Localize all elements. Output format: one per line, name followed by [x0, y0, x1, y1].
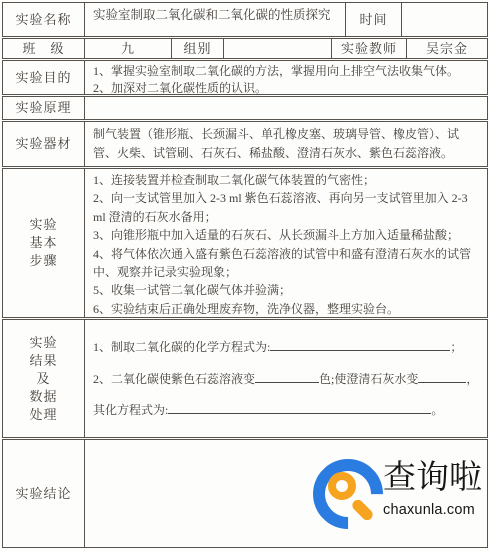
blank-equation-1: [270, 339, 450, 351]
results-label-line-5: 处理: [29, 406, 57, 424]
purpose-line-2: 2、加深对二氧化碳性质的认识。: [93, 80, 481, 95]
blank-color: [255, 371, 319, 383]
time-value-cell: [401, 2, 488, 37]
step-line-4: 4、将气体依次通入盛有紫色石蕊溶液的试管中和盛有澄清石灰水的试管中、观察并记录实…: [93, 245, 481, 282]
brand-text-block: 查询啦 chaxunla.com: [383, 457, 481, 518]
results-label-line-2: 结果: [29, 352, 57, 370]
result-line-3: 其化方程式为:。: [93, 402, 483, 418]
step-line-1: 1、连接装置并检查制取二氧化碳气体装置的气密性；: [93, 171, 481, 189]
purpose-line-1: 1、掌握实验室制取二氧化碳的方法，掌握用向上排空气法收集气体。: [93, 63, 481, 80]
results-label-line-4: 数据: [29, 388, 57, 406]
row-conclusion: 实验结论 查询啦 chaxunla.com: [2, 439, 488, 548]
experiment-report-sheet: 实验名称 实验室制取二氧化碳和二氧化碳的性质探究 时间 班 级 九 组别 实验教…: [0, 0, 490, 551]
brand-domain: chaxunla.com: [383, 502, 481, 518]
time-label: 时间: [345, 2, 402, 37]
row-equipment: 实验器材 制气装置（锥形瓶、长颈漏斗、单孔橡皮塞、玻璃导管、橡皮管）、试管、火柴…: [2, 121, 488, 167]
row-purpose: 实验目的 1、掌握实验室制取二氧化碳的方法，掌握用向上排空气法收集气体。 2、加…: [2, 60, 488, 95]
steps-label-line-3: 步骤: [29, 252, 57, 270]
equipment-label: 实验器材: [2, 121, 85, 167]
step-line-5: 5、收集一试管二氧化碳气体并验满；: [93, 281, 481, 299]
result-line-2-text-a: 2、二氧化碳使紫色石蕊溶液变: [93, 372, 255, 386]
results-label-line-3: 及: [29, 370, 57, 388]
purpose-text: 1、掌握实验室制取二氧化碳的方法，掌握用向上排空气法收集气体。 2、加深对二氧化…: [84, 60, 488, 95]
step-line-3: 3、向锥形瓶中加入适量的石灰石、从长颈漏斗上方加入适量稀盐酸；: [93, 226, 481, 244]
steps-label-line-1: 实验: [29, 216, 57, 234]
row-steps: 实验 基本 步骤 1、连接装置并检查制取二氧化碳气体装置的气密性； 2、向一支试…: [2, 168, 488, 318]
result-line-1-text: 1、制取二氧化碳的化学方程式为:: [93, 340, 270, 354]
equipment-text: 制气装置（锥形瓶、长颈漏斗、单孔橡皮塞、玻璃导管、橡皮管）、试管、火柴、试管刷、…: [84, 121, 488, 167]
results-label-line-1: 实验: [29, 334, 57, 352]
steps-label: 实验 基本 步骤: [2, 168, 85, 318]
result-line-1-punct: ；: [450, 340, 462, 354]
step-line-6: 6、实验结束后正确处理废弃物，洗净仪器，整理实验台。: [93, 300, 481, 318]
principle-label: 实验原理: [2, 96, 85, 120]
results-label: 实验 结果 及 数据 处理: [2, 319, 85, 438]
result-line-3-text: 其化方程式为:: [93, 403, 168, 417]
step-line-2: 2、向一支试管里加入 2-3 ml 紫色石蕊溶液、再向另一支试管里加入 2-3 …: [93, 189, 481, 226]
result-line-1: 1、制取二氧化碳的化学方程式为:；: [93, 339, 483, 355]
conclusion-cell: 查询啦 chaxunla.com: [84, 439, 488, 548]
result-line-3-punct: 。: [431, 403, 443, 417]
class-label: 班 级: [2, 38, 85, 59]
row-results: 实验 结果 及 数据 处理 1、制取二氧化碳的化学方程式为:； 2、二氧化碳使紫…: [2, 319, 488, 438]
brand-name: 查询啦: [383, 460, 482, 496]
teacher-name: 吴宗金: [406, 38, 488, 59]
row-principle: 实验原理: [2, 96, 488, 120]
magnifier-lens-icon: [328, 472, 356, 500]
class-value: 九: [84, 38, 172, 59]
experiment-name-label: 实验名称: [2, 2, 85, 37]
results-text: 1、制取二氧化碳的化学方程式为:； 2、二氧化碳使紫色石蕊溶液变色;使澄清石灰水…: [84, 319, 488, 438]
result-line-2-text-b: 色;使澄清石灰水变: [319, 372, 418, 386]
blank-equation-2: [168, 402, 431, 414]
row-experiment-name: 实验名称 实验室制取二氧化碳和二氧化碳的性质探究 时间: [2, 2, 488, 37]
result-line-2: 2、二氧化碳使紫色石蕊溶液变色;使澄清石灰水变，: [93, 371, 483, 387]
row-class-info: 班 级 九 组别 实验教师 吴宗金: [2, 38, 488, 59]
result-line-2-punct: ，: [466, 372, 478, 386]
experiment-name-value: 实验室制取二氧化碳和二氧化碳的性质探究: [84, 2, 346, 37]
group-label: 组别: [171, 38, 224, 59]
steps-label-line-2: 基本: [29, 234, 57, 252]
group-value-cell: [223, 38, 332, 59]
watermark-logo: 查询啦 chaxunla.com: [313, 457, 481, 533]
steps-text: 1、连接装置并检查制取二氧化碳气体装置的气密性； 2、向一支试管里加入 2-3 …: [84, 168, 488, 318]
purpose-label: 实验目的: [2, 60, 85, 95]
blank-limewater: [418, 371, 466, 383]
conclusion-label: 实验结论: [2, 439, 85, 548]
principle-value-cell: [84, 96, 488, 120]
teacher-label: 实验教师: [331, 38, 407, 59]
